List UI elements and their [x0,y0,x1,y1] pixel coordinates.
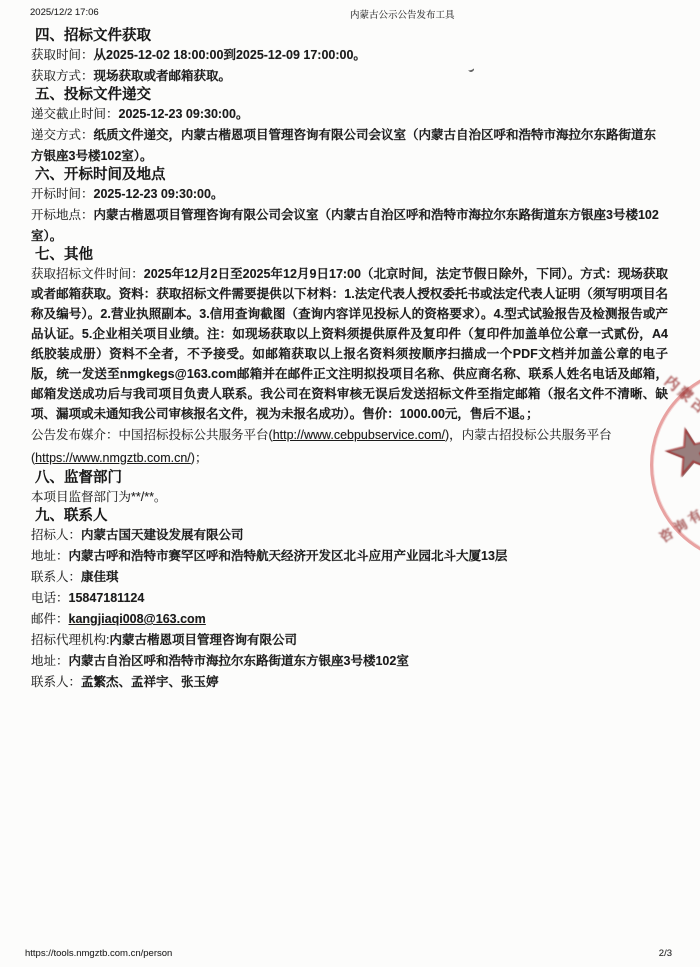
media-text: )； [191,451,208,465]
field-tenderee-contact: 联系人：康佳琪 [31,567,668,588]
field-label: 电话： [31,591,69,605]
field-agency-address: 地址：内蒙古自治区呼和浩特市海拉尔东路街道东方银座3号楼102室 [31,651,668,672]
footer-source-url: https://tools.nmgztb.com.cn/person [25,948,172,959]
nmgztb-link[interactable]: https://www.nmgztb.com.cn/ [35,451,191,465]
section-heading-6: 六、开标时间及地点 [31,167,668,184]
field-label: 招标代理机构: [31,633,109,647]
print-datetime: 2025/12/2 17:06 [30,7,99,18]
field-value: 孟繁杰、孟祥宇、张玉婷 [81,675,219,689]
supervision-dept-text: 本项目监督部门为**/**。 [31,487,668,508]
field-label: 地址： [31,549,69,563]
field-value: 内蒙古国天建设发展有限公司 [81,528,244,542]
field-label: 开标地点： [31,208,94,222]
section-heading-8: 八、监督部门 [31,470,668,487]
field-label: 获取招标文件时间： [31,267,144,281]
field-label: 获取方式： [31,69,94,83]
field-value: 现场获取或者邮箱获取。 [94,69,232,83]
section-heading-9: 九、联系人 [31,508,668,525]
section-heading-5: 五、投标文件递交 [31,87,668,104]
tenderee-email-link[interactable]: kangjiaqi008@163.com [69,612,206,626]
field-label: 递交方式： [31,128,94,142]
field-label: 地址： [31,654,69,668]
field-acquire-time: 获取时间：从2025-12-02 18:00:00到2025-12-09 17:… [31,45,668,66]
field-label: 获取时间： [31,48,94,62]
scanned-tender-notice-page: 2025/12/2 17:06 内蒙古公示公告发布工具 四、招标文件获取 获取时… [0,0,700,967]
page-title: 内蒙古公示公告发布工具 [350,7,455,21]
field-value: 内蒙古楷恩项目管理咨询有限公司会议室（内蒙古自治区呼和浩特市海拉尔东路街道东方银… [31,208,659,243]
field-value: 2025-12-23 09:30:00。 [119,107,249,121]
field-label: 招标人： [31,528,81,542]
field-value: 康佳琪 [81,570,119,584]
field-value: 内蒙古呼和浩特市赛罕区呼和浩特航天经济开发区北斗应用产业园北斗大厦13层 [69,549,508,563]
field-open-time: 开标时间：2025-12-23 09:30:00。 [31,184,668,205]
field-tenderee-phone: 电话：15847181124 [31,588,668,609]
field-agency: 招标代理机构:内蒙古楷恩项目管理咨询有限公司 [31,630,668,651]
field-tenderee-email: 邮件：kangjiaqi008@163.com [31,609,668,630]
field-value: 纸质文件递交，内蒙古楷恩项目管理咨询有限公司会议室（内蒙古自治区呼和浩特市海拉尔… [31,128,656,163]
field-submit-deadline: 递交截止时间：2025-12-23 09:30:00。 [31,104,668,125]
field-submit-method: 递交方式：纸质文件递交，内蒙古楷恩项目管理咨询有限公司会议室（内蒙古自治区呼和浩… [31,125,668,167]
field-value: 从2025-12-02 18:00:00到2025-12-09 17:00:00… [94,48,366,62]
announcement-media-paragraph: 公告发布媒介：中国招标投标公共服务平台(http://www.cebpubser… [31,424,668,470]
field-agency-contacts: 联系人：孟繁杰、孟祥宇、张玉婷 [31,672,668,693]
field-label: 开标时间： [31,187,94,201]
field-tenderee: 招标人：内蒙古国天建设发展有限公司 [31,525,668,546]
cebpubservice-link[interactable]: http://www.cebpubservice.com/ [273,428,445,442]
field-label: 公告发布媒介： [31,428,119,442]
field-label: 联系人： [31,675,81,689]
other-info-paragraph: 获取招标文件时间：2025年12月2日至2025年12月9日17:00（北京时间… [31,264,668,424]
field-label: 邮件： [31,612,69,626]
field-open-place: 开标地点：内蒙古楷恩项目管理咨询有限公司会议室（内蒙古自治区呼和浩特市海拉尔东路… [31,205,668,247]
field-label: 联系人： [31,570,81,584]
field-value: 15847181124 [69,591,145,605]
field-value: 内蒙古自治区呼和浩特市海拉尔东路街道东方银座3号楼102室 [69,654,409,668]
other-info-text: 2025年12月2日至2025年12月9日17:00（北京时间，法定节假日除外，… [31,267,668,421]
footer-page-indicator: 2/3 [659,948,672,959]
field-value: 内蒙古楷恩项目管理咨询有限公司 [109,633,297,647]
field-value: 2025-12-23 09:30:00。 [94,187,224,201]
field-label: 递交截止时间： [31,107,119,121]
field-tenderee-address: 地址：内蒙古呼和浩特市赛罕区呼和浩特航天经济开发区北斗应用产业园北斗大厦13层 [31,546,668,567]
media-text: 中国招标投标公共服务平台( [119,428,273,442]
document-body: 四、招标文件获取 获取时间：从2025-12-02 18:00:00到2025-… [31,28,668,693]
section-heading-4: 四、招标文件获取 [31,28,668,45]
section-heading-7: 七、其他 [31,247,668,264]
field-acquire-method: 获取方式：现场获取或者邮箱获取。 [31,66,668,87]
